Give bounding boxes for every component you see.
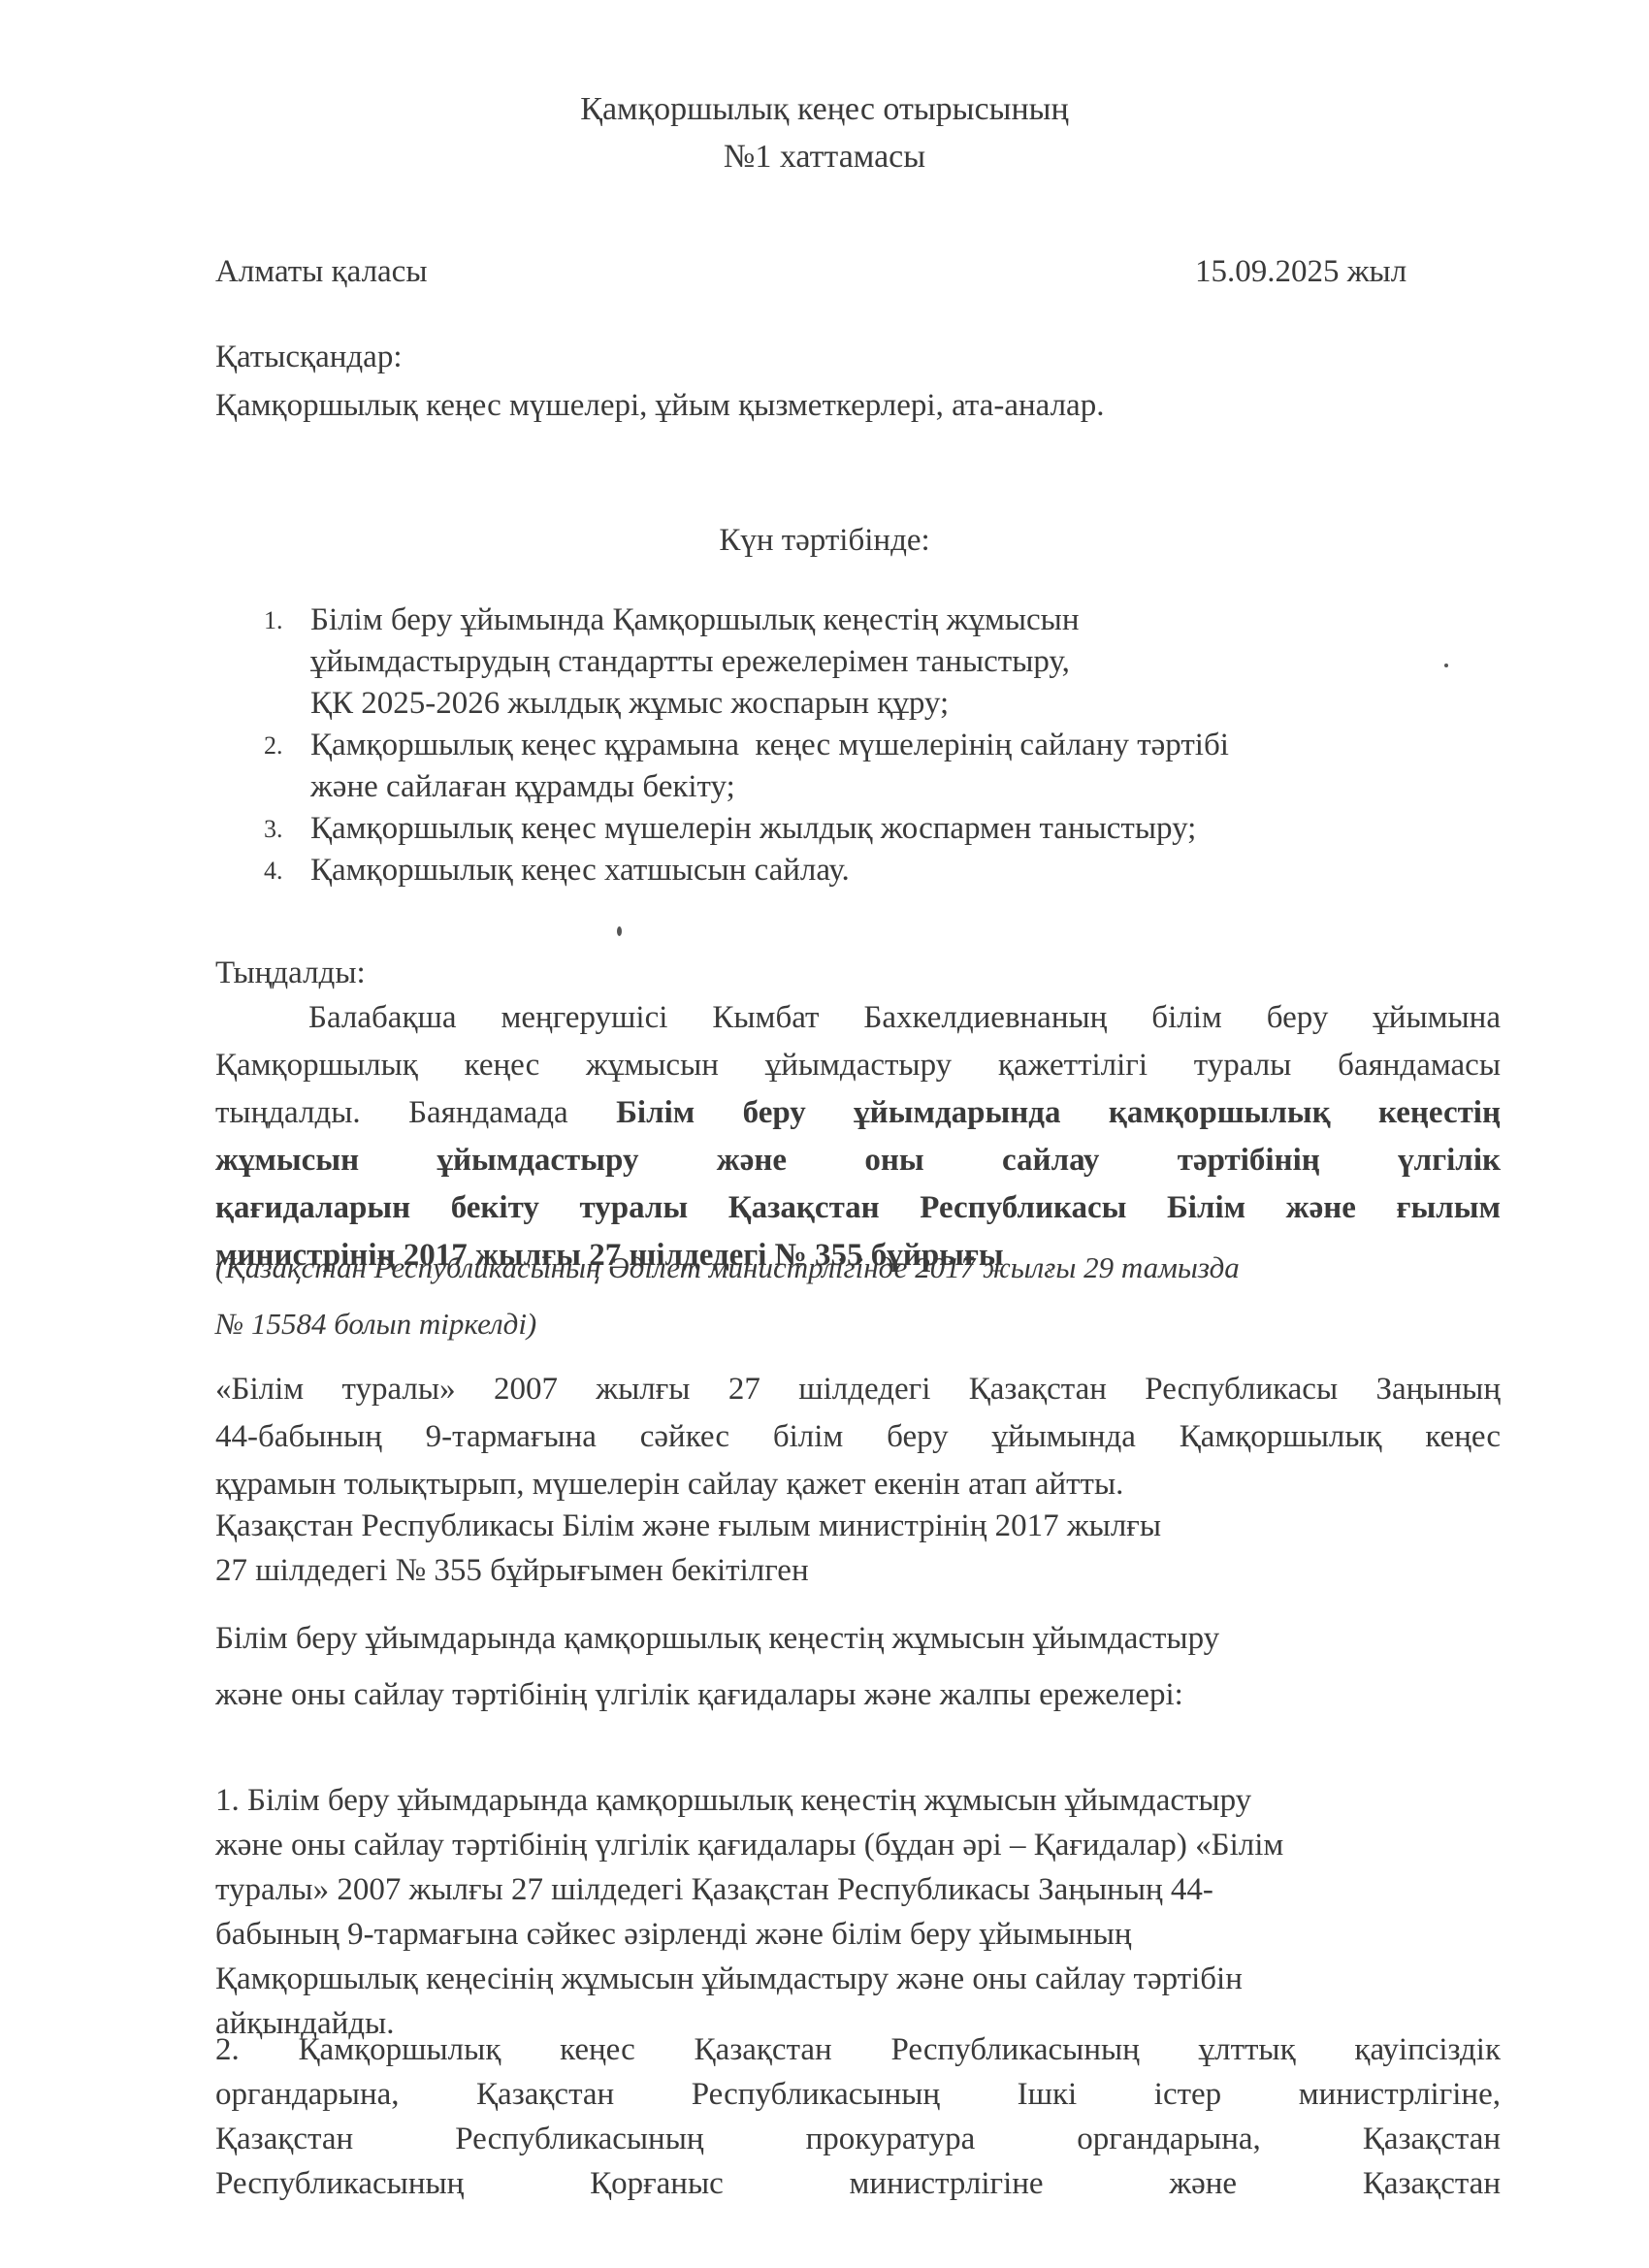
rule-2-line: Қазақстан Республикасының прокуратура ор… [215, 2117, 1501, 2161]
scan-speck [617, 926, 622, 936]
report-text: тыңдалды. Баяндамада [215, 1095, 616, 1130]
law-line: құрамын толықтырып, мүшелерін сайлау қаж… [215, 1461, 1501, 1508]
rules-heading: Білім беру ұйымдарында қамқоршылық кеңес… [215, 1610, 1501, 1714]
agenda-item: 4. Қамқоршылық кеңес хатшысын сайлау. [264, 850, 1476, 891]
rule-1-line: бабының 9-тармағына сәйкес әзірленді жән… [215, 1912, 1501, 1957]
approved-paragraph: Қазақстан Республикасы Білім және ғылым … [215, 1504, 1501, 1593]
rule-1-line: Қамқоршылық кеңесінің жұмысын ұйымдастыр… [215, 1957, 1501, 2001]
agenda-item-number: 4. [264, 850, 310, 891]
agenda-item-number: 2. [264, 725, 310, 808]
approved-line: Қазақстан Республикасы Білім және ғылым … [215, 1504, 1501, 1548]
registration-note-line: № 15584 болып тіркелді) [215, 1296, 1501, 1344]
participants-text: Қамқоршылық кеңес мүшелері, ұйым қызметк… [215, 388, 1104, 424]
participants-label: Қатысқандар: [215, 340, 403, 375]
agenda-item: 2. Қамқоршылық кеңес құрамына кеңес мүше… [264, 725, 1476, 808]
order-title-bold: қағидаларын бекіту туралы Қазақстан Респ… [215, 1184, 1501, 1232]
order-title-bold: жұмысын ұйымдастыру және оны сайлау тәрт… [215, 1137, 1501, 1184]
listened-label: Тыңдалды: [215, 956, 366, 991]
registration-note-line: (Қазақстан Республикасының Әділет минист… [215, 1240, 1501, 1296]
document-number: №1 хаттамасы [0, 133, 1649, 180]
agenda-item-text: Қамқоршылық кеңес құрамына кеңес мүшелер… [310, 725, 1229, 766]
agenda-item-text: ҚК 2025-2026 жылдық жұмыс жоспарын құру; [310, 683, 1079, 725]
rule-2-line: органдарына, Қазақстан Республикасының І… [215, 2072, 1501, 2117]
agenda-item-text: Қамқоршылық кеңес хатшысын сайлау. [310, 850, 850, 891]
agenda-title: Күн тәртібінде: [0, 523, 1649, 559]
agenda-item-number: 3. [264, 808, 310, 850]
agenda-item: 3. Қамқоршылық кеңес мүшелерін жылдық жо… [264, 808, 1476, 850]
report-paragraph: Балабақша меңгерушісі Кымбат Бахкелдиевн… [215, 994, 1501, 1280]
rules-heading-line: Білім беру ұйымдарында қамқоршылық кеңес… [215, 1610, 1501, 1667]
registration-note: (Қазақстан Республикасының Әділет минист… [215, 1240, 1501, 1344]
agenda-item-text: Қамқоршылық кеңес мүшелерін жылдық жоспа… [310, 808, 1196, 850]
agenda-item: 1. Білім беру ұйымында Қамқоршылық кеңес… [264, 599, 1476, 725]
law-line: 44-бабының 9-тармағына сәйкес білім беру… [215, 1413, 1501, 1461]
rule-1-line: және оны сайлау тәртібінің үлгілік қағид… [215, 1823, 1501, 1867]
rule-2-line: Республикасының Қорғаныс министрлігіне ж… [215, 2161, 1501, 2206]
city-label: Алматы қаласы [215, 254, 428, 290]
rules-heading-line: және оны сайлау тәртібінің үлгілік қағид… [215, 1667, 1501, 1714]
rule-1-line: 1. Білім беру ұйымдарында қамқоршылық ке… [215, 1778, 1501, 1823]
law-line: «Білім туралы» 2007 жылғы 27 шілдедегі Қ… [215, 1366, 1501, 1413]
agenda-item-text: және сайлаған құрамды бекіту; [310, 766, 1229, 808]
agenda-item-text: ұйымдастырудың стандартты ережелерімен т… [310, 641, 1079, 683]
scan-speck [1444, 664, 1448, 667]
document-date: 15.09.2025 жыл [1195, 254, 1406, 290]
document-title: Қамқоршылық кеңес отырысының [0, 85, 1649, 133]
law-paragraph: «Білім туралы» 2007 жылғы 27 шілдедегі Қ… [215, 1366, 1501, 1508]
report-line: Балабақша меңгерушісі Кымбат Бахкелдиевн… [215, 994, 1501, 1042]
report-line: Қамқоршылық кеңес жұмысын ұйымдастыру қа… [215, 1042, 1501, 1089]
order-title-bold: Білім беру ұйымдарында қамқоршылық кеңес… [616, 1095, 1501, 1130]
agenda-list: 1. Білім беру ұйымында Қамқоршылық кеңес… [264, 599, 1476, 891]
rule-1-line: туралы» 2007 жылғы 27 шілдедегі Қазақста… [215, 1867, 1501, 1912]
agenda-item-text: Білім беру ұйымында Қамқоршылық кеңестің… [310, 599, 1079, 641]
report-line: тыңдалды. Баяндамада Білім беру ұйымдары… [215, 1089, 1501, 1137]
rule-1: 1. Білім беру ұйымдарында қамқоршылық ке… [215, 1778, 1501, 2046]
rule-2: 2. Қамқоршылық кеңес Қазақстан Республик… [215, 2027, 1501, 2206]
approved-line: 27 шілдедегі № 355 бұйрығымен бекітілген [215, 1548, 1501, 1593]
rule-2-line: 2. Қамқоршылық кеңес Қазақстан Республик… [215, 2027, 1501, 2072]
agenda-item-number: 1. [264, 599, 310, 725]
